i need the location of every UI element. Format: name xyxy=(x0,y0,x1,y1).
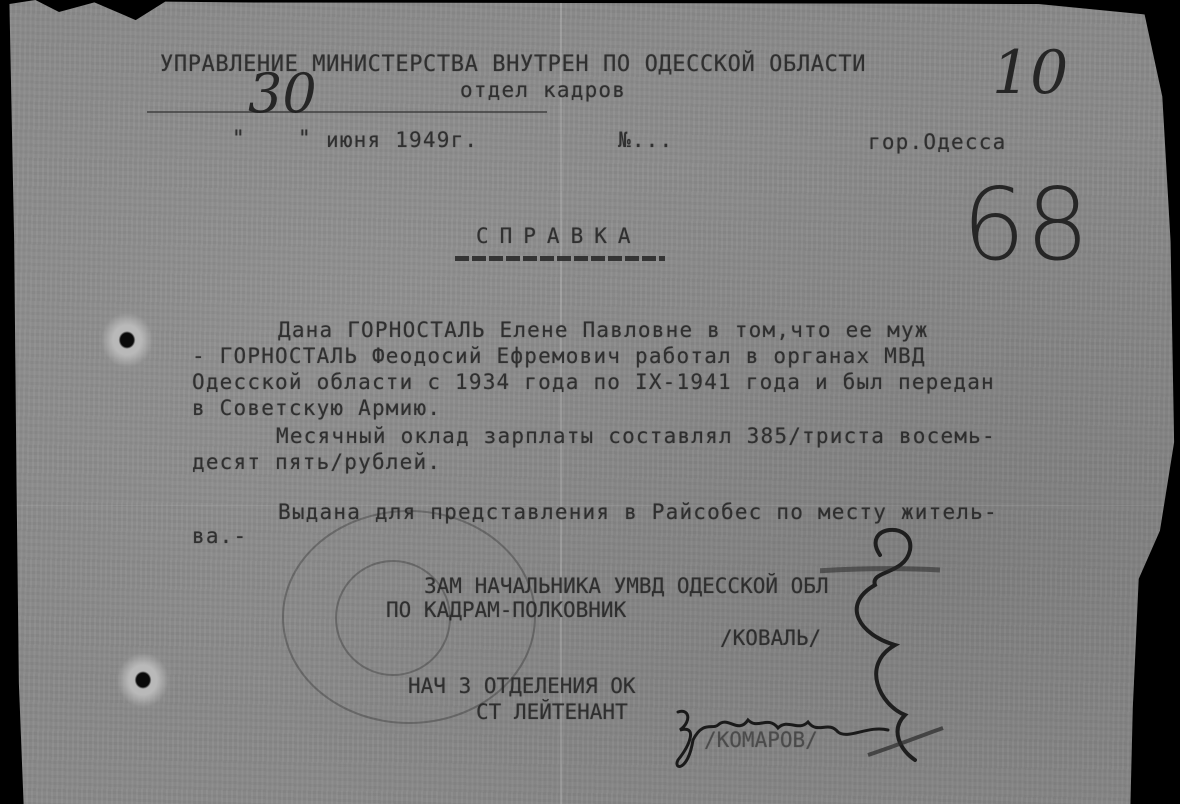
document-title: СПРАВКА xyxy=(476,224,642,248)
body-line: Одесской области с 1934 года по IX-1941 … xyxy=(192,370,995,394)
signatory-name: /КОВАЛЬ/ xyxy=(720,626,821,650)
body-line: Месячный оклад зарплаты составлял 385/тр… xyxy=(276,424,996,448)
document-number: №... xyxy=(618,128,673,152)
punch-hole-top xyxy=(100,305,160,375)
handwritten-page-number: 68 xyxy=(962,166,1089,283)
date-rule xyxy=(147,111,547,113)
date-month-year: июня 1949г. xyxy=(326,128,478,152)
date-close-quote: " xyxy=(298,126,312,150)
body-line: Дана ГОРНОСТАЛЬ Елене Павловне в том,что… xyxy=(278,318,929,342)
body-line: десят пять/рублей. xyxy=(192,450,441,474)
body-line: в Советскую Армию. xyxy=(192,396,441,420)
signatory-title-line2: ПО КАДРАМ-ПОЛКОВНИК xyxy=(386,598,626,622)
body-line: - ГОРНОСТАЛЬ Феодосий Ефремович работал … xyxy=(192,344,926,368)
signatory-title-line1: ЗАМ НАЧАЛЬНИКА УМВД ОДЕССКОЙ ОБЛ xyxy=(424,574,829,598)
document-sheet: УПРАВЛЕНИЕ МИНИСТЕРСТВА ВНУТРЕН ПО ОДЕСС… xyxy=(0,0,1180,804)
handwritten-signature-icon xyxy=(668,700,948,780)
punch-hole-bottom xyxy=(116,645,176,715)
signatory2-title-line1: НАЧ 3 ОТДЕЛЕНИЯ ОК xyxy=(408,674,636,698)
signatory2-title-line2: СТ ЛЕЙТЕНАНТ xyxy=(476,700,628,724)
handwritten-date-day: 30 xyxy=(248,62,317,125)
title-underline xyxy=(455,256,665,261)
body-line: ва.- xyxy=(192,524,247,548)
department-label: отдел кадров xyxy=(460,78,626,102)
handwritten-mark-top-right: 10 xyxy=(992,38,1068,108)
date-open-quote: " xyxy=(232,126,246,150)
city-label: гор.Одесса xyxy=(868,130,1006,154)
